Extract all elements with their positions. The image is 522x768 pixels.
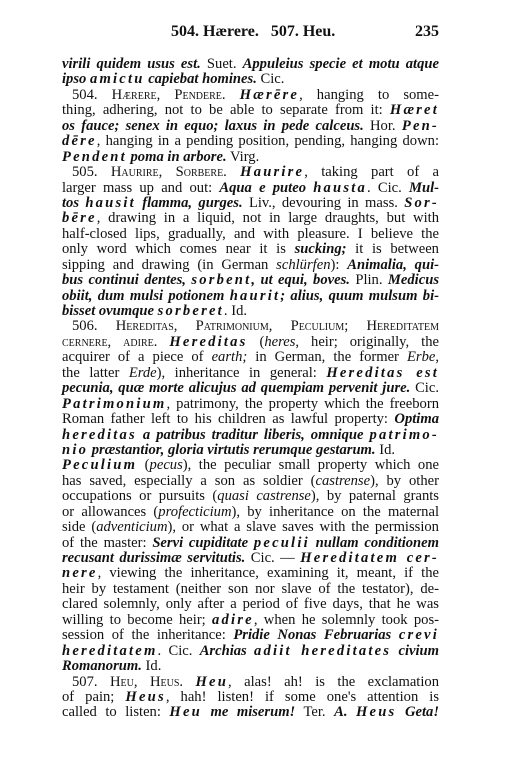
text-run: half-closed lips, gradually, and with pl… [62,226,439,242]
text-line: virili quidem usus est. Suet. Appuleius … [62,57,439,72]
text-line: recusant durissimæ servitutis. Cic. — He… [62,551,439,566]
text-run: Suet. [201,56,243,72]
latin-keyword: Hæret [390,102,439,118]
latin-quotation: A. [334,704,356,720]
latin-keyword: Patrimonium [62,396,167,412]
latin-quotation: , ut equi, boves. [251,272,350,288]
text-line: bisset ovumque sorberet. Id. [62,304,439,319]
text-run: acquirer of a piece of [62,349,212,365]
latin-quotation: Optima [394,411,439,427]
text-run: . Cic. [367,180,409,196]
latin-keyword: Heu [169,704,202,720]
latin-quotation: virili quidem usus est. [62,56,201,72]
text-line: half-closed lips, gradually, and with pl… [62,227,439,242]
text-run: Cic. — [245,550,300,566]
text-run: of pain; [62,689,125,705]
text-run: in German, the former [247,349,407,365]
text-run: called to listen: [62,704,169,720]
latin-keyword: amictu [90,71,145,87]
latin-quotation: Medicus [388,272,439,288]
latin-keyword: sorbent [191,272,251,288]
latin-quotation: bus continui dentes, [62,272,191,288]
latin-quotation: schlürfen [276,257,330,273]
text-run: ): [331,257,348,273]
text-run: Hor. [364,118,402,134]
latin-quotation: pecunia, quæ morte alicujus ad quempiam … [62,380,410,396]
latin-keyword: hereditas [62,427,137,443]
text-run: clared solemnly, only after a period of … [62,596,439,612]
text-line: or allowances (profecticium), by inherit… [62,505,439,520]
text-run: it is between [346,241,439,257]
latin-quotation: civium [391,643,439,659]
text-run: , alas! ah! is the exclamation [228,674,439,690]
latin-keyword: patrimo- [370,427,440,443]
book-page: 504. Hærere. 507. Heu. 235 virili quidem… [0,0,522,768]
running-head-right-entry: 507. Heu. [271,23,335,40]
text-run: ), by paternal grants [311,488,439,504]
latin-keyword: hereditatem [62,643,158,659]
latin-quotation: castrense [316,473,371,489]
text-run: 506. [72,318,116,334]
text-line: pecunia, quæ morte alicujus ad quempiam … [62,381,439,396]
latin-quotation: Erde [129,365,157,381]
text-line: tos hausit flamma, gurges. Liv., devouri… [62,196,439,211]
latin-quotation: a patribus traditur liberis, omnique [137,427,370,443]
text-run: 505. [72,164,111,180]
text-run: , hanging in a pending position, pending… [97,133,439,149]
text-line: only word which comes near it is sucking… [62,242,439,257]
latin-keyword: sorberet [158,303,224,319]
entry-heading: Hereditas, Patrimonium, Peculium; Heredi… [116,318,439,334]
paragraph-start-line: 506. Hereditas, Patrimonium, Peculium; H… [62,319,439,334]
text-run: sipping and drawing (in German [62,257,276,273]
running-head-title: 504. Hærere. 507. Heu. [171,23,335,41]
latin-keyword: Peculium [62,457,137,473]
entry-heading: Hærere, Pendere. [112,87,226,103]
latin-quotation: Romanorum. [62,658,142,674]
text-run: side ( [62,519,96,535]
text-line: bēre, drawing in a liquid, not in large … [62,211,439,226]
page-body-text: virili quidem usus est. Suet. Appuleius … [62,57,439,721]
latin-keyword: hausta [313,180,367,196]
text-run: , patrimony, the property which the free… [167,396,440,412]
latin-keyword: nere [62,565,98,581]
text-run: thing, adhering, not to be able to separ… [62,102,390,118]
latin-quotation: profecticium [158,504,231,520]
entry-heading: Haurire, Sorbere. [111,164,227,180]
text-line: os fauce; senex in equo; laxus in pede c… [62,119,439,134]
latin-keyword: Sor- [404,195,439,211]
text-run: ), by other [370,473,439,489]
text-run: , hanging to some- [299,87,439,103]
latin-keyword: Hereditatem cer- [300,550,439,566]
text-line: nere, viewing the inheritance, examining… [62,566,439,581]
latin-keyword: peculii [254,535,310,551]
text-line: heir by testament (neither son nor slave… [62,582,439,597]
text-run [226,87,240,103]
text-line: Roman father left to his children as law… [62,412,439,427]
latin-quotation: sucking; [295,241,347,257]
latin-quotation: Archias [200,643,254,659]
text-line: thing, adhering, not to be able to separ… [62,103,439,118]
text-run: , drawing in a liquid, not in large drau… [97,210,439,226]
latin-keyword: bēre [62,210,97,226]
text-run: , when he solemnly took pos- [254,612,439,628]
latin-keyword: hausit [85,195,136,211]
text-line: bus continui dentes, sorbent, ut equi, b… [62,273,439,288]
text-run: , hah! listen! if some one's attention i… [166,689,439,705]
text-run: Roman father left to his children as law… [62,411,394,427]
text-run: ( [248,334,265,350]
latin-quotation: adventicium [96,519,167,535]
text-run: , heir; originally, the [295,334,439,350]
paragraph-start-line: 504. Hærere, Pendere. Hærēre, hanging to… [62,88,439,103]
text-run: Id. [376,442,395,458]
latin-quotation: earth; [212,349,248,365]
text-run: Cic. [410,380,439,396]
latin-keyword: Hereditas est [326,365,439,381]
text-run: session of the inheritance: [62,627,233,643]
latin-quotation: me miserum! [202,704,295,720]
latin-quotation: Geta! [396,704,439,720]
latin-keyword: Hereditas [169,334,247,350]
latin-quotation: nullam conditionem [310,535,439,551]
text-run: ( [137,457,149,473]
text-run: . Cic. [158,643,200,659]
text-run: only word which comes near it is [62,241,295,257]
latin-quotation: os fauce; senex in equo; laxus in pede c… [62,118,364,134]
text-run: ), by inheritance on the maternal [232,504,440,520]
text-line: the latter Erde), inheritance in general… [62,366,439,381]
text-line: side (adventicium), or what a slave save… [62,520,439,535]
page-number: 235 [415,23,439,41]
text-line: session of the inheritance: Pridie Nonas… [62,628,439,643]
text-run: ), the peculiar small property which one [183,457,439,473]
text-line: larger mass up and out: Aqua e puteo hau… [62,181,439,196]
text-line: Pendent poma in arbore. Virg. [62,150,439,165]
latin-quotation: recusant durissimæ servitutis. [62,550,245,566]
text-run: Liv., devouring in mass. [243,195,405,211]
latin-keyword: haurit [230,288,281,304]
latin-quotation: Servi cupiditate [152,535,254,551]
text-line: willing to become heir; adire, when he s… [62,613,439,628]
text-line: called to listen: Heu me miserum! Ter. A… [62,705,439,720]
text-run [157,334,169,350]
text-run [183,674,195,690]
text-line: ipso amictu capiebat homines. Cic. [62,72,439,87]
text-line: cernere, adire. Hereditas (heres, heir; … [62,335,439,350]
text-line: of pain; Heus, hah! listen! if some one'… [62,690,439,705]
text-run: , [435,349,439,365]
latin-quotation: Appuleius specie et motu atque [243,56,439,72]
text-line: sipping and drawing (in German schlürfen… [62,258,439,273]
text-line: Patrimonium, patrimony, the property whi… [62,397,439,412]
text-line: hereditas a patribus traditur liberis, o… [62,428,439,443]
latin-keyword: nio [62,442,88,458]
text-run: 504. [72,87,112,103]
latin-quotation: præstantior, gloria virtutis rerumque ge… [88,442,375,458]
latin-quotation: ipso [62,71,90,87]
latin-quotation: flamma, gurges. [136,195,243,211]
text-line: Peculium (pecus), the peculiar small pro… [62,458,439,473]
paragraph-start-line: 507. Heu, Heus. Heu, alas! ah! is the ex… [62,675,439,690]
text-line: nio præstantior, gloria virtutis rerumqu… [62,443,439,458]
entry-heading: cernere, adire. [62,334,157,350]
text-run: occupations or pursuits ( [62,488,217,504]
latin-quotation: Erbe [407,349,435,365]
latin-keyword: adiit hereditates [254,643,391,659]
text-run [227,164,240,180]
text-line: dēre, hanging in a pending position, pen… [62,134,439,149]
latin-quotation: bisset ovumque [62,303,158,319]
latin-quotation: ; alius, quum mulsum bi- [280,288,439,304]
text-run: Cic. [257,71,285,87]
latin-keyword: crevi [399,627,439,643]
paragraph-start-line: 505. Haurire, Sorbere. Haurire, taking p… [62,165,439,180]
text-run: larger mass up and out: [62,180,219,196]
latin-keyword: Haurire [240,164,304,180]
latin-quotation: pecus [150,457,183,473]
latin-keyword: Pendent [62,149,127,165]
text-run: ), inheritance in general: [157,365,327,381]
text-run: 507. [72,674,110,690]
latin-quotation: poma in arbore. [127,149,227,165]
running-head-left-entry: 504. Hærere. [171,23,259,40]
latin-quotation: tos [62,195,85,211]
text-line: occupations or pursuits (quasi castrense… [62,489,439,504]
latin-quotation: Pridie Nonas Februarias [233,627,398,643]
text-run: Ter. [295,704,334,720]
latin-keyword: Heus [125,689,165,705]
text-run: Virg. [227,149,260,165]
latin-keyword: dēre [62,133,97,149]
latin-quotation: capiebat homines. [145,71,257,87]
latin-quotation: heres [264,334,295,350]
text-run: of the master: [62,535,152,551]
text-line: clared solemnly, only after a period of … [62,597,439,612]
entry-heading: Heu, Heus. [110,674,183,690]
text-run: , taking part of a [304,164,439,180]
latin-quotation: quasi castrense [217,488,311,504]
text-line: obiit, dum mulsi potionem haurit; alius,… [62,289,439,304]
text-run: . Id. [224,303,247,319]
text-line: acquirer of a piece of earth; in German,… [62,350,439,365]
text-run: , viewing the inheritance, examining it,… [98,565,439,581]
text-run: or allowances ( [62,504,158,520]
text-run: the latter [62,365,129,381]
text-line: Romanorum. Id. [62,659,439,674]
text-run: Plin. [350,272,388,288]
latin-quotation: Aqua e puteo [219,180,313,196]
latin-quotation: obiit, dum mulsi potionem [62,288,230,304]
latin-keyword: Pen- [402,118,439,134]
text-line: of the master: Servi cupiditate peculii … [62,536,439,551]
latin-keyword: Heus [356,704,396,720]
text-run: willing to become heir; [62,612,212,628]
text-line: hereditatem. Cic. Archias adiit heredita… [62,644,439,659]
running-head: 504. Hærere. 507. Heu. 235 [62,23,439,43]
text-line: has saved, especially a son as soldier (… [62,474,439,489]
latin-keyword: Heu [196,674,229,690]
text-run: has saved, especially a son as soldier ( [62,473,316,489]
text-run: heir by testament (neither son nor slave… [62,581,439,597]
latin-keyword: Hærēre [240,87,299,103]
latin-keyword: adire [212,612,254,628]
text-run: ), or what a slave saves with the permis… [168,519,439,535]
text-run: Id. [142,658,161,674]
latin-quotation: Mul- [409,180,439,196]
latin-quotation: Animalia, qui- [347,257,439,273]
